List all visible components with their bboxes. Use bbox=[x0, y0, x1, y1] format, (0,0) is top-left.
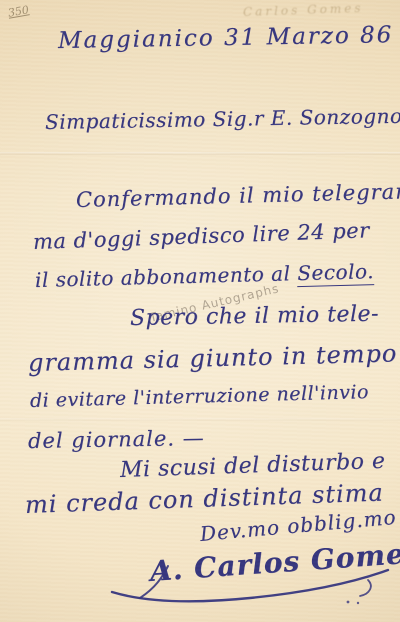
body-line-2: ma d'oggi spedisco lire 24 per bbox=[33, 220, 370, 253]
letter-salutation: Simpaticissimo Sig.r E. Sonzogno bbox=[45, 106, 400, 132]
body-line-3: il solito abbonamento al Secolo. bbox=[35, 261, 375, 290]
body-line-5: gramma sia giunto in tempo bbox=[28, 341, 398, 375]
closing-valediction: Dev.mo obblig.mo bbox=[199, 507, 397, 544]
paper-crease bbox=[0, 418, 400, 421]
body-line-4: Spero che il mio tele- bbox=[130, 304, 379, 330]
body-line-7: del giornale. — bbox=[28, 428, 205, 452]
catalog-number: 350 bbox=[7, 3, 30, 19]
body-line-6: di evitare l'interruzione nell'invio bbox=[30, 383, 369, 411]
paper-crease bbox=[0, 152, 400, 155]
closing-line-1: Mi scusi del disturbo e bbox=[120, 451, 386, 482]
secolo-underlined-word: Secolo. bbox=[297, 259, 374, 287]
letter-page: 350 Carlos Gomes Maggianico 31 Marzo 86 … bbox=[0, 0, 400, 622]
body-line-1: Confermando il mio telegram= bbox=[76, 181, 400, 211]
letter-dateline: Maggianico 31 Marzo 86 bbox=[58, 24, 394, 53]
signature-text: A. Carlos Gomes bbox=[149, 539, 400, 586]
pencil-annotation: Carlos Gomes bbox=[243, 1, 364, 19]
